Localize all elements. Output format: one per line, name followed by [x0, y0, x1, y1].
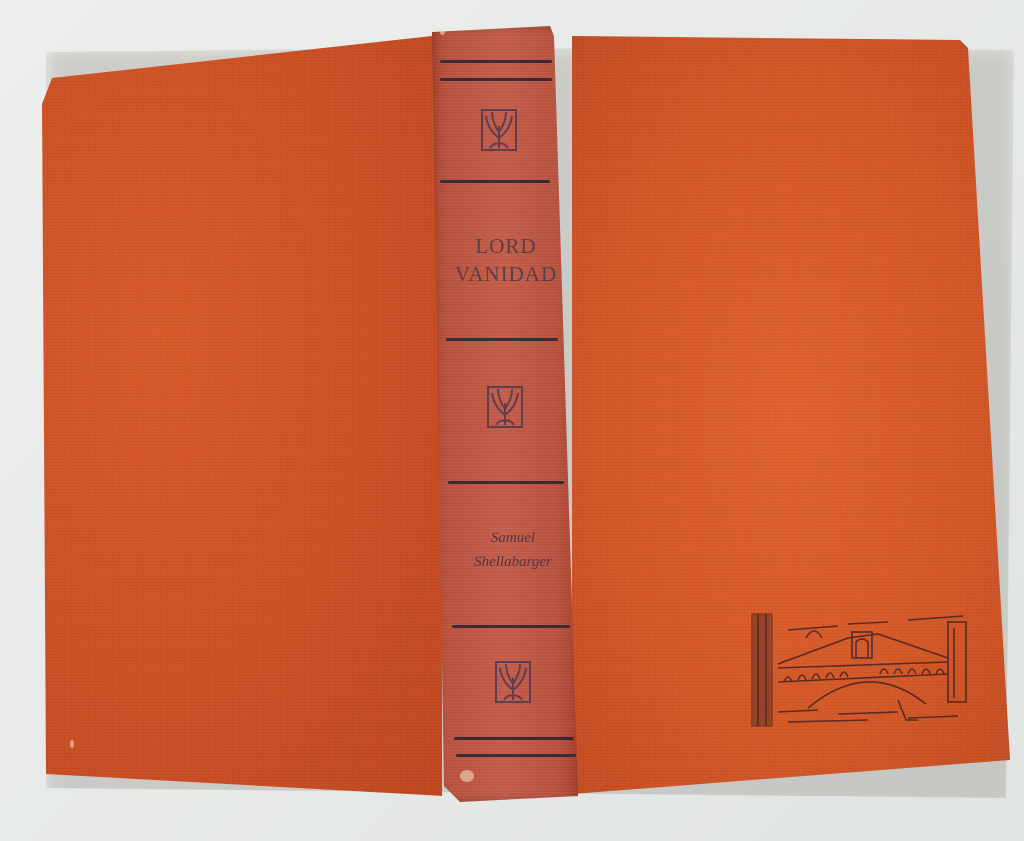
spine-author-line: Samuel	[446, 526, 580, 550]
spine-rule	[454, 737, 574, 740]
spine-rule	[440, 180, 550, 183]
spine-title-line: VANIDAD	[440, 260, 572, 288]
wear-mark	[70, 740, 74, 748]
wear-mark	[440, 30, 445, 35]
spine-author-line: Shellabarger	[446, 550, 580, 574]
leaf-ornament-icon	[486, 385, 524, 429]
spine-title: LORD VANIDAD	[440, 232, 572, 288]
spine-rule	[440, 78, 552, 81]
spine-rule	[446, 338, 558, 341]
back-cover	[42, 34, 442, 796]
spine-author: Samuel Shellabarger	[446, 526, 580, 574]
spine-rule	[452, 625, 570, 628]
spine-rule	[456, 754, 576, 757]
spine-rule	[448, 481, 564, 484]
spine-rule	[440, 60, 552, 63]
leaf-ornament-icon	[494, 660, 532, 704]
wear-mark	[460, 770, 474, 782]
leaf-ornament-icon	[480, 108, 518, 152]
rialto-bridge-illustration	[748, 608, 974, 730]
spine-title-line: LORD	[440, 232, 572, 260]
